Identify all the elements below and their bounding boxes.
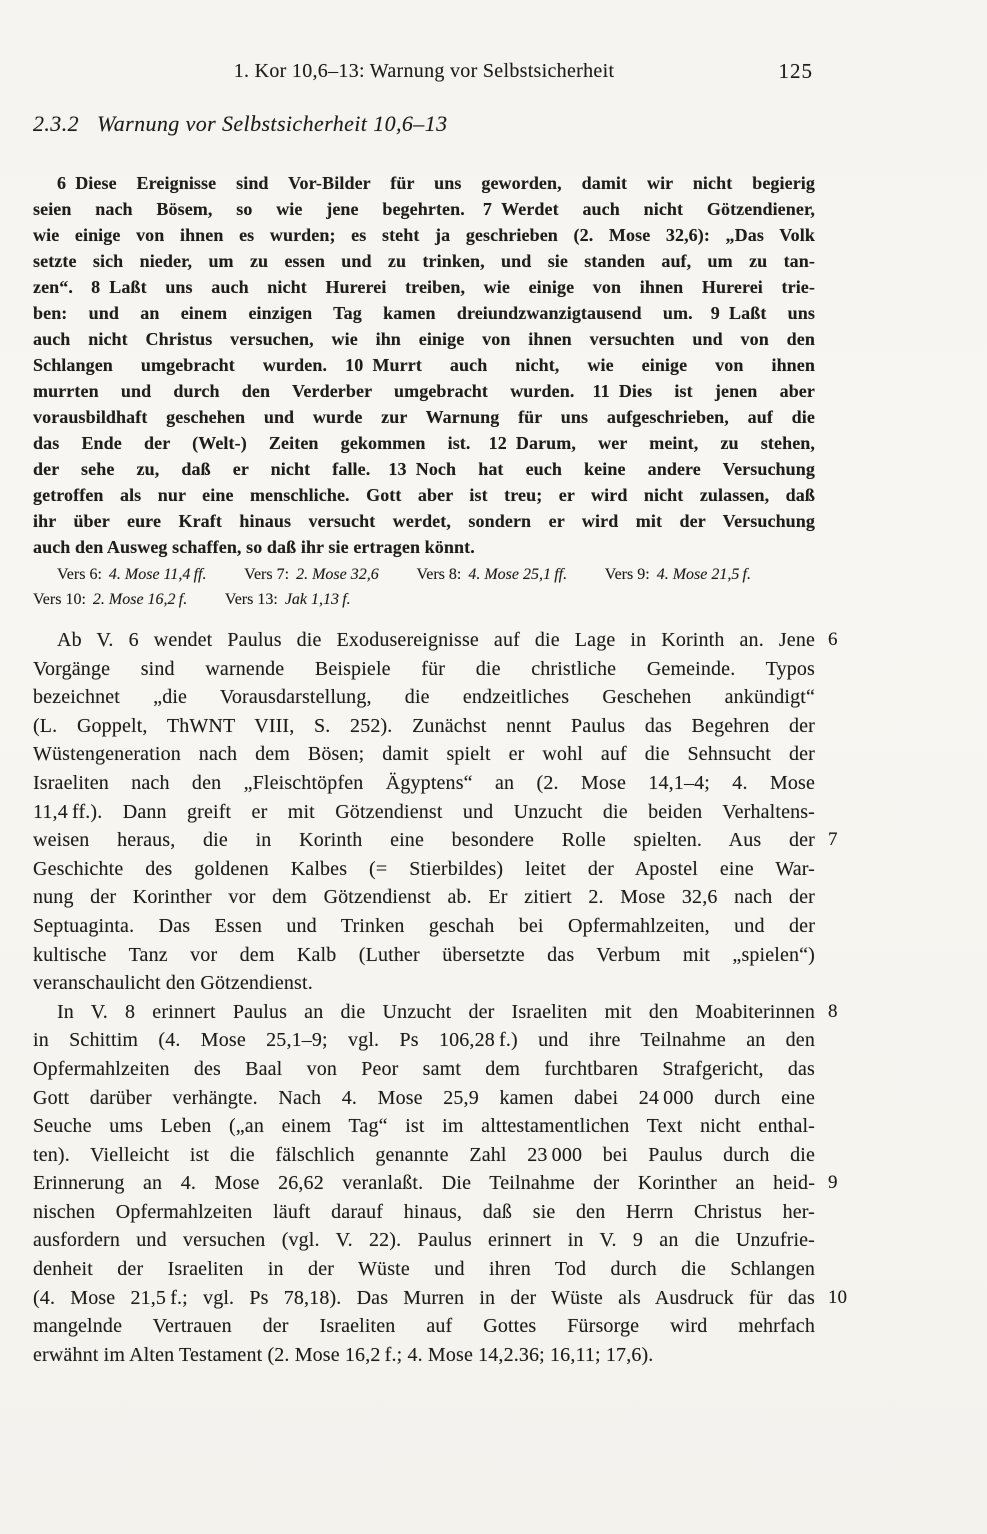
reference-source: 4. Mose 21,5 f.	[657, 566, 751, 583]
text-line: (L. Goppelt, ThWNT VIII, S. 252). Zunäch…	[33, 712, 815, 741]
text-line: In V. 8 erinnert Paulus an die Unzucht d…	[33, 998, 815, 1027]
section-number: 2.3.2	[33, 111, 79, 136]
verse-reference: Vers 6:4. Mose 11,4 ff.	[57, 566, 206, 583]
verse-reference: Vers 8:4. Mose 25,1 ff.	[416, 566, 567, 583]
text-line: ten). Vielleicht ist die fälschlich gena…	[33, 1141, 815, 1170]
text-line: Gott darüber verhängte. Nach 4. Mose 25,…	[33, 1084, 815, 1113]
commentary-paragraph-2: In V. 8 erinnert Paulus an die Unzucht d…	[33, 998, 815, 1370]
verse-references: Vers 6:4. Mose 11,4 ff. Vers 7:2. Mose 3…	[33, 562, 815, 612]
reference-verse-label: Vers 7:	[244, 566, 289, 583]
verse-reference: Vers 13:Jak 1,13 f.	[225, 591, 351, 608]
text-line: 11,4 ff.). Dann greift er mit Götzendien…	[33, 798, 815, 827]
text-line: getroffen als nur eine menschliche. Gott…	[33, 482, 815, 508]
text-line: der sehe zu, daß er nicht falle. 13 Noch…	[33, 456, 815, 482]
text-line: kultische Tanz vor dem Kalb (Luther über…	[33, 941, 815, 970]
text-line: denheit der Israeliten in der Wüste und …	[33, 1255, 815, 1284]
text-line: ihr über eure Kraft hinaus versucht werd…	[33, 508, 815, 534]
text-line: erwähnt im Alten Testament (2. Mose 16,2…	[33, 1341, 815, 1370]
text-line: Septuaginta. Das Essen und Trinken gesch…	[33, 912, 815, 941]
text-line: ben: und an einem einzigen Tag kamen dre…	[33, 300, 815, 326]
margin-verse-number: 6	[828, 626, 838, 655]
commentary-section: Ab V. 6 wendet Paulus die Exodusereignis…	[33, 626, 815, 1369]
margin-verse-number: 8	[828, 998, 838, 1027]
verse-reference: Vers 9:4. Mose 21,5 f.	[605, 566, 751, 583]
text-line: setzte sich nieder, um zu essen und zu t…	[33, 248, 815, 274]
verse-text-paragraph: 6 Diese Ereignisse sind Vor-Bilder für u…	[33, 170, 815, 560]
text-line: das Ende der (Welt-) Zeiten gekommen ist…	[33, 430, 815, 456]
reference-source: 2. Mose 32,6	[296, 566, 379, 583]
margin-verse-number: 9	[828, 1169, 838, 1198]
reference-source: 4. Mose 25,1 ff.	[468, 566, 567, 583]
text-line: auch den Ausweg schaffen, so daß ihr sie…	[33, 534, 815, 560]
reference-line: Vers 10:2. Mose 16,2 f. Vers 13:Jak 1,13…	[33, 587, 815, 612]
reference-source: Jak 1,13 f.	[285, 591, 351, 608]
reference-verse-label: Vers 9:	[605, 566, 650, 583]
text-line: nischen Opfermahlzeiten läuft darauf hin…	[33, 1198, 815, 1227]
reference-verse-label: Vers 13:	[225, 591, 278, 608]
book-page: 1. Kor 10,6–13: Warnung vor Selbstsicher…	[0, 0, 987, 1534]
text-line: Israeliten nach den „Fleischtöpfen Ägypt…	[33, 769, 815, 798]
text-line: mangelnde Vertrauen der Israeliten auf G…	[33, 1312, 815, 1341]
margin-verse-number: 10	[828, 1284, 847, 1313]
text-line: vorausbildhaft geschehen und wurde zur W…	[33, 404, 815, 430]
text-line: Schlangen umgebracht wurden. 10 Murrt au…	[33, 352, 815, 378]
text-line: weisen heraus, die in Korinth eine beson…	[33, 826, 815, 855]
verse-reference: Vers 10:2. Mose 16,2 f.	[33, 591, 187, 608]
running-header-title: 1. Kor 10,6–13: Warnung vor Selbstsicher…	[33, 60, 815, 83]
text-line: zen“. 8 Laßt uns auch nicht Hurerei trei…	[33, 274, 815, 300]
text-line: Geschichte des goldenen Kalbes (= Stierb…	[33, 855, 815, 884]
text-line: veranschaulicht den Götzendienst.	[33, 969, 815, 998]
reference-source: 4. Mose 11,4 ff.	[109, 566, 207, 583]
verse-reference: Vers 7:2. Mose 32,6	[244, 566, 379, 583]
page-number: 125	[779, 59, 814, 84]
reference-verse-label: Vers 6:	[57, 566, 102, 583]
text-line: nung der Korinther vor dem Götzendienst …	[33, 883, 815, 912]
text-line: Wüstengeneration nach dem Bösen; damit s…	[33, 740, 815, 769]
text-line: Opfermahlzeiten des Baal von Peor samt d…	[33, 1055, 815, 1084]
text-line: Ab V. 6 wendet Paulus die Exodusereignis…	[33, 626, 815, 655]
text-line: ausfordern und versuchen (vgl. V. 22). P…	[33, 1226, 815, 1255]
text-line: bezeichnet „die Vorausdarstellung, die e…	[33, 683, 815, 712]
text-line: (4. Mose 21,5 f.; vgl. Ps 78,18). Das Mu…	[33, 1284, 815, 1313]
reference-source: 2. Mose 16,2 f.	[93, 591, 187, 608]
text-line: Vorgänge sind warnende Beispiele für die…	[33, 655, 815, 684]
text-line: auch nicht Christus versuchen, wie ihn e…	[33, 326, 815, 352]
text-line: in Schittim (4. Mose 25,1–9; vgl. Ps 106…	[33, 1026, 815, 1055]
text-line: 6 Diese Ereignisse sind Vor-Bilder für u…	[33, 170, 815, 196]
margin-verse-number: 7	[828, 826, 838, 855]
text-line: Seuche ums Leben („an einem Tag“ ist im …	[33, 1112, 815, 1141]
section-title: Warnung vor Selbstsicherheit 10,6–13	[97, 111, 448, 136]
section-heading: 2.3.2Warnung vor Selbstsicherheit 10,6–1…	[33, 111, 815, 137]
commentary-paragraph-1: Ab V. 6 wendet Paulus die Exodusereignis…	[33, 626, 815, 998]
reference-verse-label: Vers 8:	[416, 566, 461, 583]
reference-verse-label: Vers 10:	[33, 591, 86, 608]
text-line: murrten und durch den Verderber umgebrac…	[33, 378, 815, 404]
running-header: 1. Kor 10,6–13: Warnung vor Selbstsicher…	[33, 60, 815, 83]
text-line: Erinnerung an 4. Mose 26,62 veranlaßt. D…	[33, 1169, 815, 1198]
reference-line: Vers 6:4. Mose 11,4 ff. Vers 7:2. Mose 3…	[33, 562, 815, 587]
text-line: wie einige von ihnen es wurden; es steht…	[33, 222, 815, 248]
text-line: seien nach Bösem, so wie jene begehrten.…	[33, 196, 815, 222]
